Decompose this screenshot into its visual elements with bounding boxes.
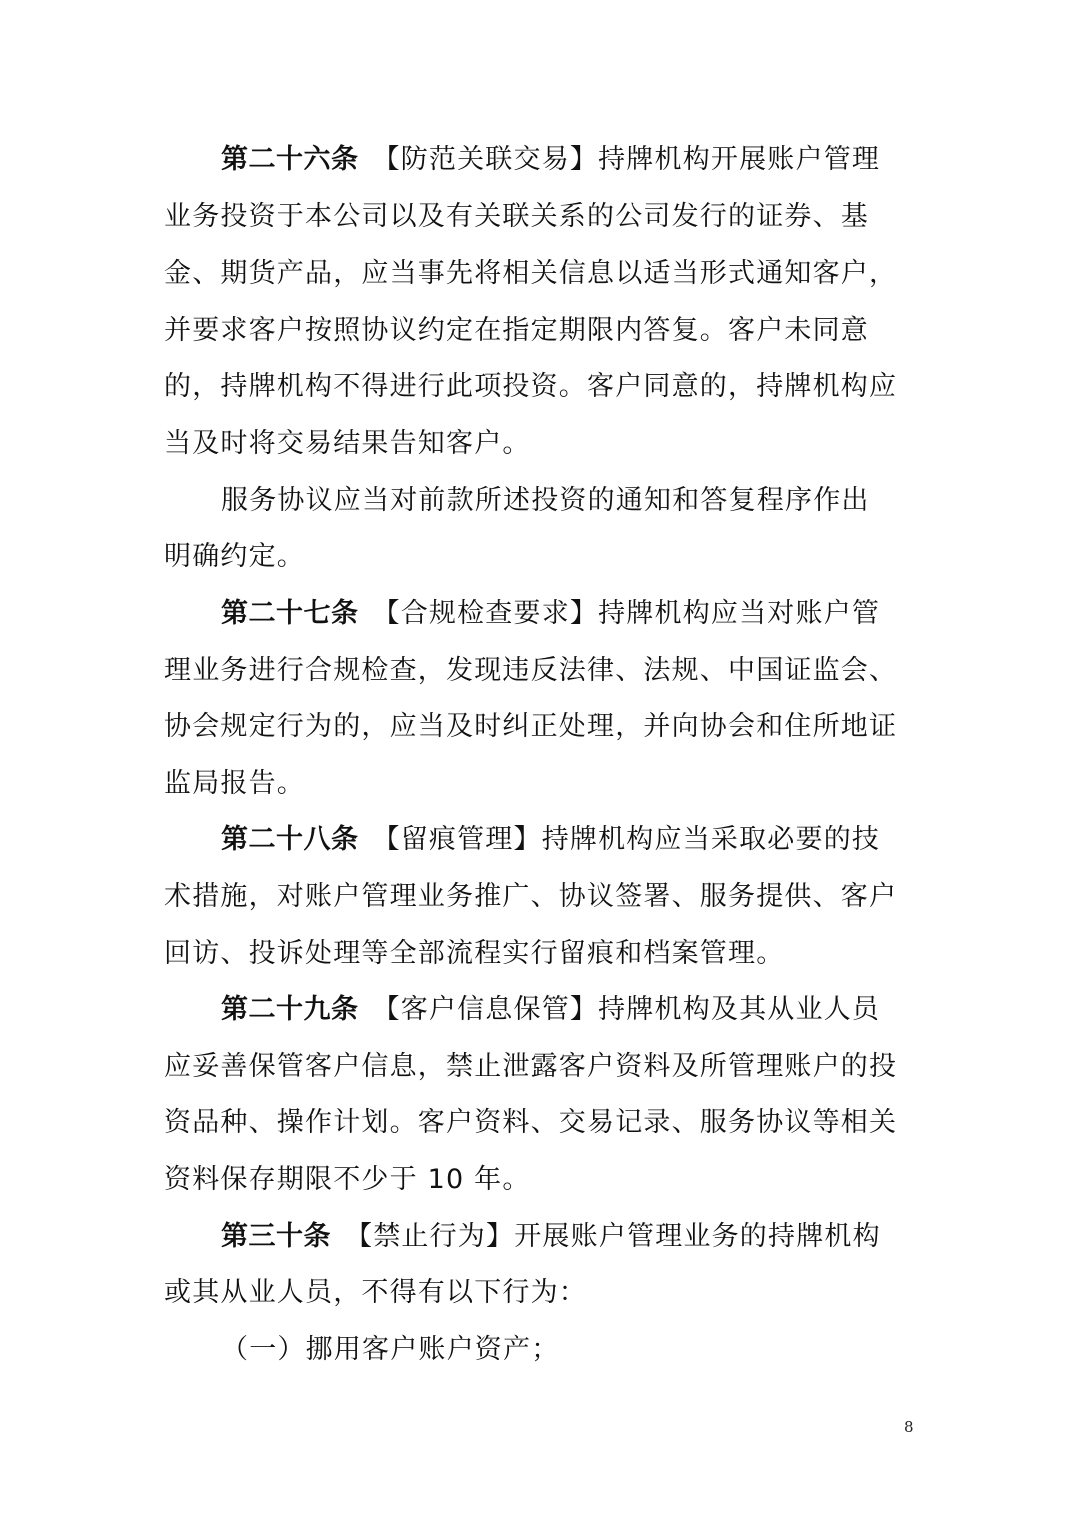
article-28-heading-line: 第二十八条【留痕管理】持牌机构应当采取必要的技 (221, 823, 981, 857)
article-title: 【留痕管理】 (373, 824, 542, 855)
article-30-heading-line: 第三十条【禁止行为】开展账户管理业务的持牌机构 (221, 1220, 981, 1254)
article-line: 资品种、操作计划。客户资料、交易记录、服务协议等相关 (164, 1106, 924, 1140)
article-line: 的，持牌机构不得进行此项投资。客户同意的，持牌机构应 (164, 370, 924, 404)
article-number: 第二十八条 (221, 824, 359, 855)
page-number: 8 (904, 1418, 914, 1436)
article-line: 金、期货产品，应当事先将相关信息以适当形式通知客户， (164, 257, 924, 291)
article-line: 业务投资于本公司以及有关联关系的公司发行的证券、基 (164, 200, 924, 234)
paragraph-line: 明确约定。 (164, 540, 924, 574)
article-text: 开展账户管理业务的持牌机构 (514, 1221, 881, 1252)
article-line: 当及时将交易结果告知客户。 (164, 427, 924, 461)
article-line: 监局报告。 (164, 767, 924, 801)
article-line: 并要求客户按照协议约定在指定期限内答复。客户未同意 (164, 314, 924, 348)
article-number: 第二十七条 (221, 598, 359, 629)
article-title: 【合规检查要求】 (373, 598, 599, 629)
article-line: 回访、投诉处理等全部流程实行留痕和档案管理。 (164, 937, 924, 971)
article-29-heading-line: 第二十九条【客户信息保管】持牌机构及其从业人员 (221, 993, 981, 1027)
article-line: 协会规定行为的，应当及时纠正处理，并向协会和住所地证 (164, 710, 924, 744)
article-line: 术措施，对账户管理业务推广、协议签署、服务提供、客户 (164, 880, 924, 914)
article-title: 【客户信息保管】 (373, 994, 599, 1025)
article-number: 第二十六条 (221, 144, 359, 175)
article-line: 理业务进行合规检查，发现违反法律、法规、中国证监会、 (164, 654, 924, 688)
paragraph-line: 服务协议应当对前款所述投资的通知和答复程序作出 (221, 484, 981, 518)
article-number: 第二十九条 (221, 994, 359, 1025)
article-line: 资料保存期限不少于 10 年。 (164, 1163, 924, 1197)
article-text: 持牌机构应当采取必要的技 (542, 824, 880, 855)
article-text: 持牌机构及其从业人员 (598, 994, 880, 1025)
article-27-heading-line: 第二十七条【合规检查要求】持牌机构应当对账户管 (221, 597, 981, 631)
article-line: 或其从业人员，不得有以下行为： (164, 1276, 924, 1310)
article-text: 持牌机构开展账户管理 (598, 144, 880, 175)
document-page: 第二十六条【防范关联交易】持牌机构开展账户管理 业务投资于本公司以及有关联关系的… (0, 0, 1080, 1527)
article-text: 持牌机构应当对账户管 (598, 598, 880, 629)
article-number: 第三十条 (221, 1221, 331, 1252)
article-26-heading-line: 第二十六条【防范关联交易】持牌机构开展账户管理 (221, 143, 981, 177)
article-title: 【禁止行为】 (345, 1221, 514, 1252)
article-line: 应妥善保管客户信息，禁止泄露客户资料及所管理账户的投 (164, 1050, 924, 1084)
article-title: 【防范关联交易】 (373, 144, 599, 175)
list-item: （一）挪用客户账户资产； (221, 1333, 981, 1367)
